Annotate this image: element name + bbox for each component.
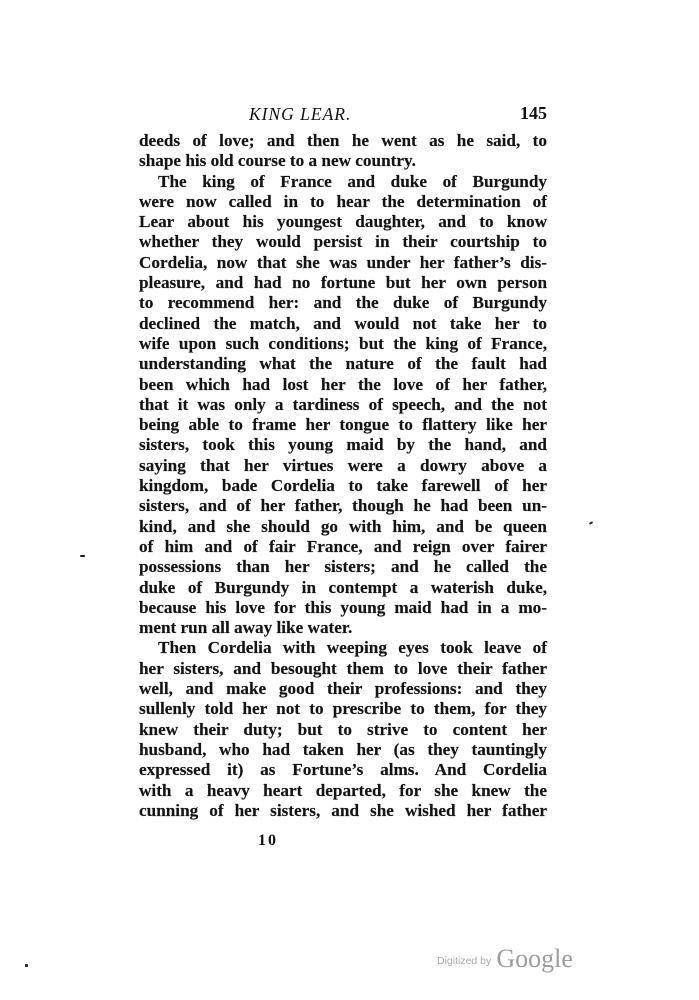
text-line: possessions than her sisters; and he cal… bbox=[139, 557, 547, 577]
text-line: husband, who had taken her (as they taun… bbox=[139, 740, 547, 760]
scan-speck bbox=[25, 964, 28, 967]
text-line: because his love for this young maid had… bbox=[139, 598, 547, 618]
text-line: sisters, took this young maid by the han… bbox=[139, 435, 547, 455]
digitized-watermark: Digitized by Google bbox=[437, 944, 573, 974]
text-line: duke of Burgundy in contempt a waterish … bbox=[139, 578, 547, 598]
text-line: deeds of love; and then he went as he sa… bbox=[139, 131, 547, 151]
text-line: shape his old course to a new country. bbox=[139, 151, 547, 171]
text-line: kind, and she should go with him, and be… bbox=[139, 517, 547, 537]
text-line: understanding what the nature of the fau… bbox=[139, 354, 547, 374]
text-line: knew their duty; but to strive to conten… bbox=[139, 720, 547, 740]
text-line: Lear about his youngest daughter, and to… bbox=[139, 212, 547, 232]
text-line: that it was only a tardiness of speech, … bbox=[139, 395, 547, 415]
text-line: been which had lost her the love of her … bbox=[139, 375, 547, 395]
text-line: sullenly told her not to prescribe to th… bbox=[139, 699, 547, 719]
text-line: ment run all away like water. bbox=[139, 618, 547, 638]
text-line: wife upon such conditions; but the king … bbox=[139, 334, 547, 354]
text-line: well, and make good their professions: a… bbox=[139, 679, 547, 699]
book-page: KING LEAR. 145 deeds of love; and then h… bbox=[0, 0, 699, 1000]
watermark-prefix: Digitized by bbox=[437, 955, 491, 967]
text-line: to recommend her: and the duke of Burgun… bbox=[139, 293, 547, 313]
text-line: whether they would persist in their cour… bbox=[139, 232, 547, 252]
running-title: KING LEAR. bbox=[249, 104, 351, 125]
scan-speck bbox=[80, 555, 85, 557]
text-line: pleasure, and had no fortune but her own… bbox=[139, 273, 547, 293]
watermark-brand: Google bbox=[496, 944, 573, 973]
scan-speck bbox=[589, 521, 593, 525]
text-line: being able to frame her tongue to flatte… bbox=[139, 415, 547, 435]
text-line: expressed it) as Fortune’s alms. And Cor… bbox=[139, 760, 547, 780]
text-line: with a heavy heart departed, for she kne… bbox=[139, 781, 547, 801]
text-line: kingdom, bade Cordelia to take farewell … bbox=[139, 476, 547, 496]
signature-mark: 10 bbox=[258, 832, 278, 850]
text-line: saying that her virtues were a dowry abo… bbox=[139, 456, 547, 476]
text-line: were now called in to hear the determina… bbox=[139, 192, 547, 212]
text-line: sisters, and of her father, though he ha… bbox=[139, 496, 547, 516]
running-head: KING LEAR. 145 bbox=[139, 104, 547, 126]
page-number: 145 bbox=[520, 103, 547, 124]
text-line: declined the match, and would not take h… bbox=[139, 314, 547, 334]
body-text: deeds of love; and then he went as he sa… bbox=[139, 131, 547, 821]
text-line: Then Cordelia with weeping eyes took lea… bbox=[139, 638, 547, 658]
text-line: The king of France and duke of Burgundy bbox=[139, 172, 547, 192]
text-line: her sisters, and besought them to love t… bbox=[139, 659, 547, 679]
text-line: cunning of her sisters, and she wished h… bbox=[139, 801, 547, 821]
text-line: Cordelia, now that she was under her fat… bbox=[139, 253, 547, 273]
text-line: of him and of fair France, and reign ove… bbox=[139, 537, 547, 557]
